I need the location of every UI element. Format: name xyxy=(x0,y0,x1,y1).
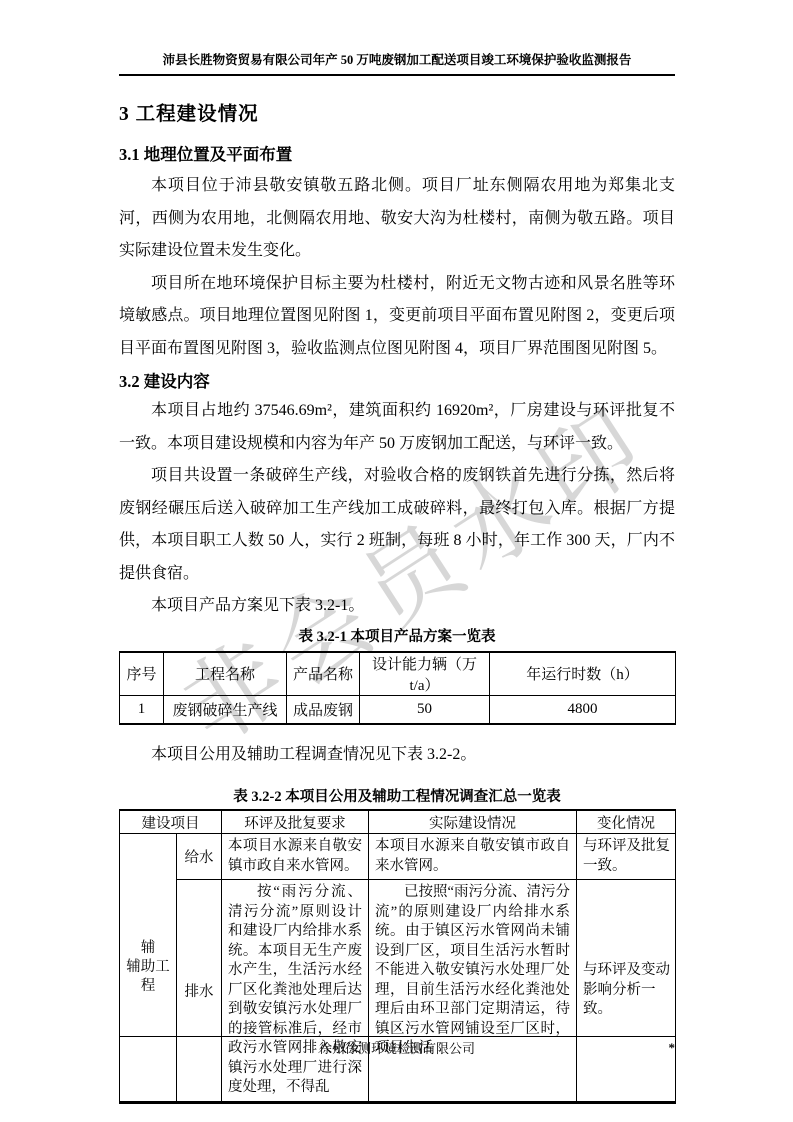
product-plan-table: 序号 工程名称 产品名称 设计能力辆（万 t/a） 年运行时数（h） 1 废钢破… xyxy=(119,651,676,725)
table1-cell-hours: 4800 xyxy=(490,695,676,724)
table2-header-project: 建设项目 xyxy=(120,810,222,834)
table1-cell-project: 废钢破碎生产线 xyxy=(164,695,287,724)
table-header-row: 建设项目 环评及批复要求 实际建设情况 变化情况 xyxy=(120,810,676,834)
footer-company: 徐州徐测环境检测有限公司 xyxy=(319,1041,475,1056)
paragraph-utility-ref: 本项目公用及辅助工程调查情况见下表 3.2-2。 xyxy=(119,739,675,772)
table1-header-capacity: 设计能力辆（万 t/a） xyxy=(360,652,490,696)
utility-survey-table: 建设项目 环评及批复要求 实际建设情况 变化情况 辅 辅助工 程 给水 本项目水… xyxy=(119,809,676,1104)
table1-header-product: 产品名称 xyxy=(287,652,360,696)
table1-cell-capacity: 50 xyxy=(360,695,490,724)
table1-header-hours: 年运行时数（h） xyxy=(490,652,676,696)
subsection-heading-3-1: 3.1 地理位置及平面布置 xyxy=(119,144,675,166)
table-header-row: 序号 工程名称 产品名称 设计能力辆（万 t/a） 年运行时数（h） xyxy=(120,652,676,696)
table2-sub-drainage: 排水 xyxy=(177,880,222,1103)
page-content: 沛县长胜物资贸易有限公司年产 50 万吨废钢加工配送项目竣工环境保护验收监测报告… xyxy=(119,0,675,1104)
table2-header-change: 变化情况 xyxy=(577,810,676,834)
table2-header-eia: 环评及批复要求 xyxy=(222,810,369,834)
table2-cell-eia-water: 本项目水源来自敬安镇市政自来水管网。 xyxy=(222,834,369,880)
table1-caption: 表 3.2-1 本项目产品方案一览表 xyxy=(119,627,675,647)
table2-caption: 表 3.2-2 本项目公用及辅助工程情况调查汇总一览表 xyxy=(119,787,675,807)
paragraph-construction-2: 项目共设置一条破碎生产线，对验收合格的废钢铁首先进行分拣，然后将废钢经碾压后送入… xyxy=(119,460,675,590)
table2-cell-actual-water: 本项目水源来自敬安镇市政自来水管网。 xyxy=(369,834,577,880)
table2-cell-change-water: 与环评及批复一致。 xyxy=(577,834,676,880)
table2-group-label: 辅 辅助工 程 xyxy=(120,834,177,1103)
paragraph-location-2: 项目所在地环境保护目标主要为杜楼村，附近无文物古迹和风景名胜等环境敏感点。项目地… xyxy=(119,268,675,366)
footer-inner: 徐州徐测环境检测有限公司 * xyxy=(119,1037,675,1057)
table1-header-project: 工程名称 xyxy=(164,652,287,696)
table2-cell-change-drainage: 与环评及变动影响分析一致。 xyxy=(577,880,676,1103)
table-row-water-supply: 辅 辅助工 程 给水 本项目水源来自敬安镇市政自来水管网。 本项目水源来自敬安镇… xyxy=(120,834,676,880)
paragraph-product-ref: 本项目产品方案见下表 3.2-1。 xyxy=(119,590,675,623)
table1-cell-product: 成品废钢 xyxy=(287,695,360,724)
running-header: 沛县长胜物资贸易有限公司年产 50 万吨废钢加工配送项目竣工环境保护验收监测报告 xyxy=(119,0,675,76)
page-footer: 徐州徐测环境检测有限公司 * xyxy=(119,1036,675,1057)
table2-cell-eia-drainage: 按“雨污分流、清污分流”原则设计和建设厂内给排水系统。本项目无生产废水产生，生活… xyxy=(222,880,369,1103)
table-row-drainage: 排水 按“雨污分流、清污分流”原则设计和建设厂内给排水系统。本项目无生产废水产生… xyxy=(120,880,676,1103)
table-row: 1 废钢破碎生产线 成品废钢 50 4800 xyxy=(120,695,676,724)
table2-cell-actual-drainage: 已按照“雨污分流、清污分流”的原则建设厂内给排水系统。由于镇区污水管网尚未铺设到… xyxy=(369,880,577,1103)
table1-cell-index: 1 xyxy=(120,695,164,724)
subsection-heading-3-2: 3.2 建设内容 xyxy=(119,371,675,393)
table1-header-index: 序号 xyxy=(120,652,164,696)
paragraph-construction-1: 本项目占地约 37546.69m²，建筑面积约 16920m²，厂房建设与环评批… xyxy=(119,395,675,460)
footer-page-mark: * xyxy=(669,1040,676,1056)
paragraph-location-1: 本项目位于沛县敬安镇敬五路北侧。项目厂址东侧隔农用地为郑集北支河，西侧为农用地，… xyxy=(119,170,675,268)
document-page: 非会员水印 沛县长胜物资贸易有限公司年产 50 万吨废钢加工配送项目竣工环境保护… xyxy=(0,0,793,1122)
table2-sub-water-supply: 给水 xyxy=(177,834,222,880)
section-heading-3: 3 工程建设情况 xyxy=(119,102,675,128)
table2-header-actual: 实际建设情况 xyxy=(369,810,577,834)
